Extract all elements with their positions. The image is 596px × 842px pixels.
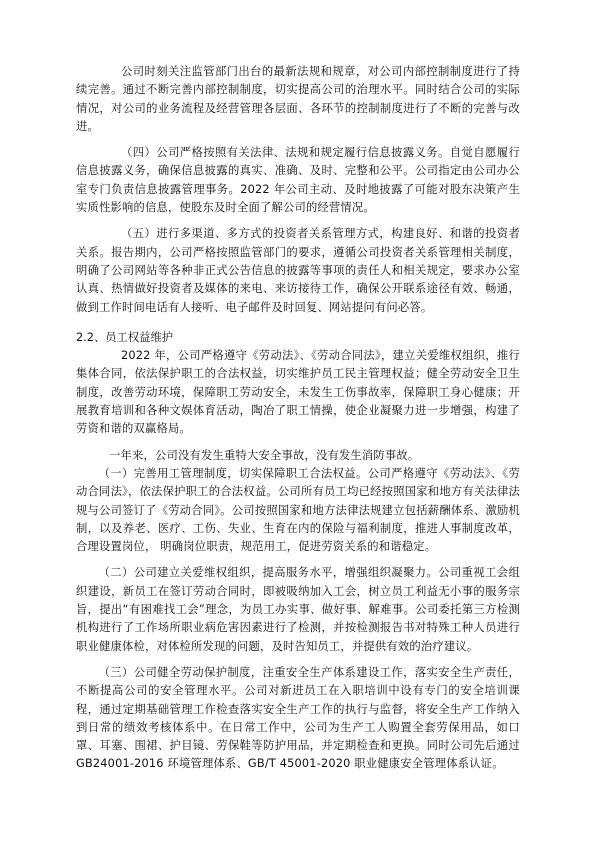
paragraph-employee-rights-summary: 2022 年，公司严格遵守《劳动法》、《劳动合同法》，建立关爱维权组织，推行集体… (76, 347, 520, 438)
paragraph-internal-control: 公司时刻关注监管部门出台的最新法规和规章，对公司内部控制制度进行了持续完善。通过… (76, 63, 520, 136)
section-heading: 2.2、员工权益维护 (76, 329, 520, 347)
paragraph-union-care: （二）公司建立关爱维权组织，提高服务水平，增强组织凝聚力。公司重视工会组织建设，… (76, 564, 520, 655)
paragraph-info-disclosure: （四）公司严格按照有关法律、法规和规定履行信息披露义务。自觉自愿履行信息披露义务… (76, 144, 520, 217)
paragraph-investor-relations: （五）进行多渠道、多方式的投资者关系管理方式，构建良好、和谐的投资者关系。报告期… (76, 225, 520, 316)
paragraph-employment-management: （一）完善用工管理制度，切实保障职工合法权益。公司严格遵守《劳动法》、《劳动合同… (76, 465, 520, 556)
paragraph-safety-record: 一年来，公司没有发生重特大安全事故，没有发生消防事故。 (76, 447, 520, 465)
page-content: 公司时刻关注监管部门出台的最新法规和规章，对公司内部控制制度进行了持续完善。通过… (76, 63, 520, 774)
document-page: 公司时刻关注监管部门出台的最新法规和规章，对公司内部控制制度进行了持续完善。通过… (0, 0, 596, 842)
paragraph-labor-protection: （三）公司健全劳动保护制度，注重安全生产体系建设工作，落实安全生产责任，不断提高… (76, 664, 520, 774)
